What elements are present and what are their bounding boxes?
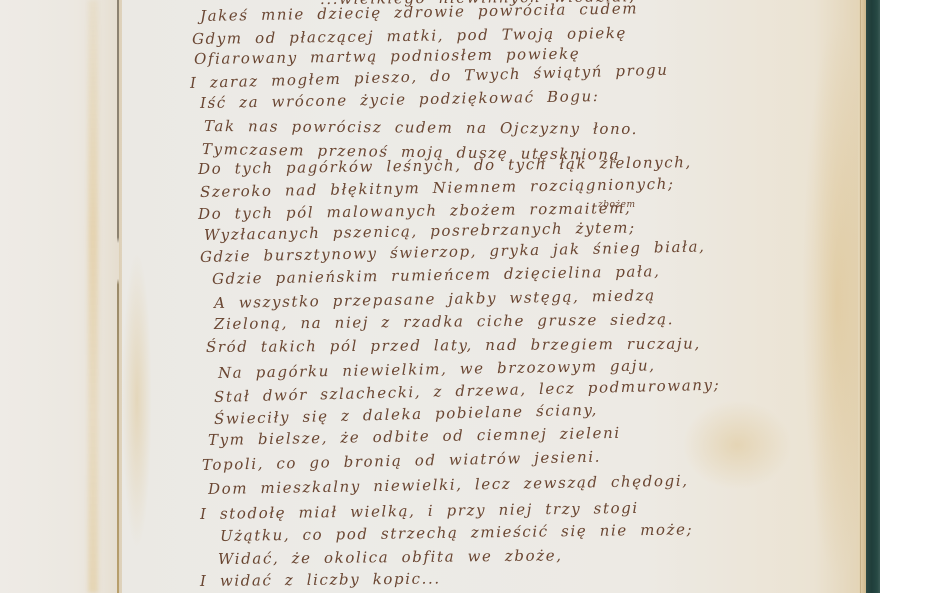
manuscript-line: Iść za wrócone życie podziękować Bogu: [200, 87, 600, 112]
manuscript-line: Jakeś mnie dziecię zdrowie powróciła cud… [200, 0, 638, 25]
left-page [0, 0, 122, 593]
page-edge-line [860, 0, 861, 593]
manuscript-line: I widać z liczby kopic... [200, 569, 441, 590]
left-page-stain [88, 0, 98, 593]
manuscript-line: I stodołę miał wielką, i przy niej trzy … [200, 499, 639, 523]
manuscript-line: A wszystko przepasane jakby wstęgą, mied… [214, 286, 656, 312]
inserted-correction: zbożem [598, 200, 636, 210]
manuscript-line: Śród takich pól przed laty, nad brzegiem… [206, 335, 701, 356]
manuscript-line: Dom mieszkalny niewielki, lecz zewsząd c… [208, 472, 689, 498]
handwritten-text: ...wielkiego niewinnych wiedział, Jakeś … [180, 0, 860, 593]
manuscript-line: Tak nas powrócisz cudem na Ojczyzny łono… [204, 117, 638, 138]
manuscript-line: Świeciły się z daleka pobielane ściany, [214, 401, 598, 428]
manuscript-line: Szeroko nad błękitnym Niemnem rozciągnio… [200, 175, 675, 201]
manuscript-line: Widać, że okolica obfita we zboże, [218, 546, 563, 568]
manuscript-line: Tym bielsze, że odbite od ciemnej zielen… [208, 424, 621, 449]
manuscript-line: Zieloną, na niej z rzadka ciche grusze s… [214, 310, 674, 333]
green-binding [866, 0, 880, 593]
manuscript-line: Użątku, co pod strzechą zmieścić się nie… [220, 520, 693, 545]
manuscript-line: Gdzie panieńskim rumieńcem dzięcielina p… [212, 262, 661, 288]
manuscript-line: Topoli, co go bronią od wiatrów jesieni. [202, 448, 601, 474]
paper-stain [122, 250, 152, 550]
